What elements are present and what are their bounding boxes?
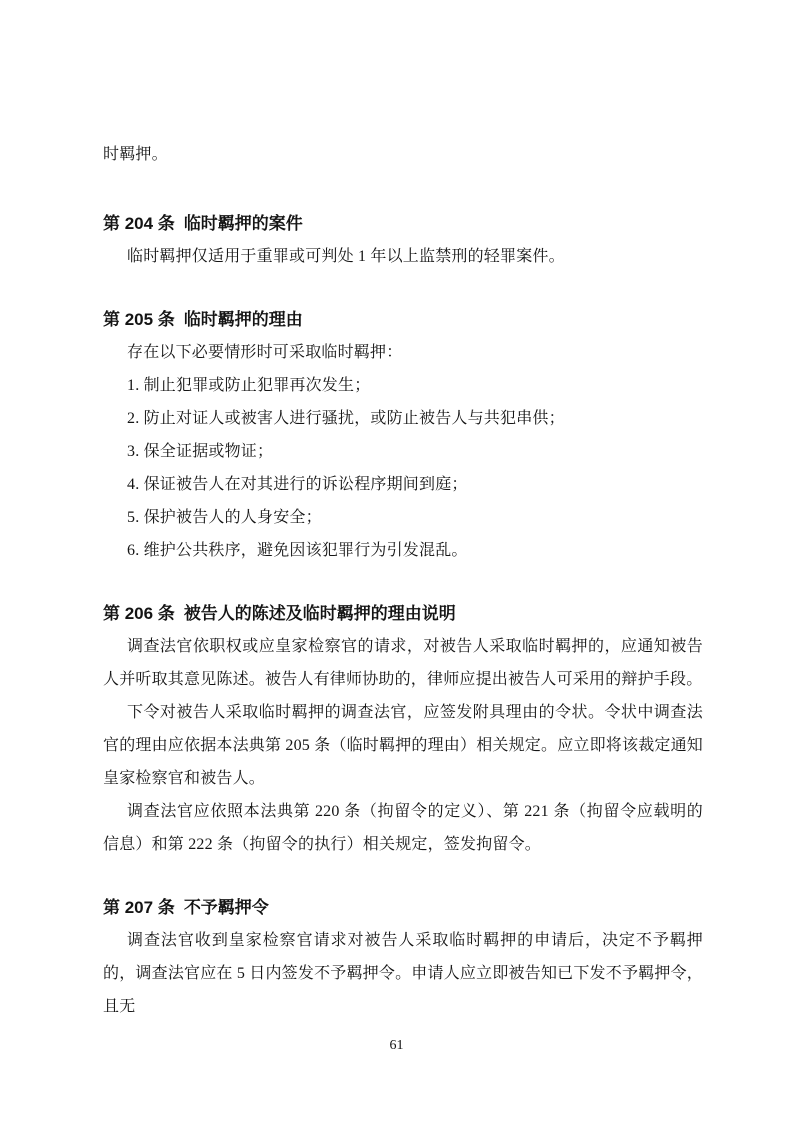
article-207-number: 第 207 条: [103, 898, 175, 917]
article-206-heading: 第 206 条被告人的陈述及临时羁押的理由说明: [103, 597, 703, 630]
article-205-title: 临时羁押的理由: [184, 310, 303, 329]
list-item: 4. 保证被告人在对其进行的诉讼程序期间到庭；: [103, 468, 703, 501]
article-205: 第 205 条临时羁押的理由 存在以下必要情形时可采取临时羁押： 1. 制止犯罪…: [103, 303, 703, 567]
article-204-paragraph-1: 临时羁押仅适用于重罪或可判处 1 年以上监禁刑的轻罪案件。: [103, 240, 703, 273]
article-206-paragraph-2: 下令对被告人采取临时羁押的调查法官，应签发附具理由的令状。令状中调查法官的理由应…: [103, 696, 703, 795]
list-item: 3. 保全证据或物证；: [103, 435, 703, 468]
list-item: 1. 制止犯罪或防止犯罪再次发生；: [103, 369, 703, 402]
continuation-paragraph: 时羁押。: [103, 138, 703, 171]
article-205-list: 1. 制止犯罪或防止犯罪再次发生； 2. 防止对证人或被害人进行骚扰，或防止被告…: [103, 369, 703, 567]
article-206: 第 206 条被告人的陈述及临时羁押的理由说明 调查法官依职权或应皇家检察官的请…: [103, 597, 703, 861]
article-205-number: 第 205 条: [103, 310, 175, 329]
article-204-number: 第 204 条: [103, 214, 175, 233]
article-204: 第 204 条临时羁押的案件 临时羁押仅适用于重罪或可判处 1 年以上监禁刑的轻…: [103, 207, 703, 273]
list-item: 6. 维护公共秩序，避免因该犯罪行为引发混乱。: [103, 534, 703, 567]
article-206-number: 第 206 条: [103, 604, 175, 623]
list-item: 5. 保护被告人的人身安全；: [103, 501, 703, 534]
article-206-title: 被告人的陈述及临时羁押的理由说明: [184, 604, 456, 623]
list-item: 2. 防止对证人或被害人进行骚扰，或防止被告人与共犯串供；: [103, 402, 703, 435]
article-204-heading: 第 204 条临时羁押的案件: [103, 207, 703, 240]
article-207: 第 207 条不予羁押令 调查法官收到皇家检察官请求对被告人采取临时羁押的申请后…: [103, 891, 703, 1023]
page-content: 时羁押。 第 204 条临时羁押的案件 临时羁押仅适用于重罪或可判处 1 年以上…: [103, 138, 703, 1023]
article-207-heading: 第 207 条不予羁押令: [103, 891, 703, 924]
article-207-title: 不予羁押令: [184, 898, 269, 917]
document-page: 时羁押。 第 204 条临时羁押的案件 临时羁押仅适用于重罪或可判处 1 年以上…: [0, 0, 793, 1122]
article-206-paragraph-1: 调查法官依职权或应皇家检察官的请求，对被告人采取临时羁押的，应通知被告人并听取其…: [103, 630, 703, 696]
page-number: 61: [0, 1036, 793, 1056]
article-204-title: 临时羁押的案件: [184, 214, 303, 233]
article-205-intro: 存在以下必要情形时可采取临时羁押：: [103, 336, 703, 369]
article-206-paragraph-3: 调查法官应依照本法典第 220 条（拘留令的定义）、第 221 条（拘留令应载明…: [103, 795, 703, 861]
article-207-paragraph-1: 调查法官收到皇家检察官请求对被告人采取临时羁押的申请后，决定不予羁押的，调查法官…: [103, 924, 703, 1023]
article-205-heading: 第 205 条临时羁押的理由: [103, 303, 703, 336]
